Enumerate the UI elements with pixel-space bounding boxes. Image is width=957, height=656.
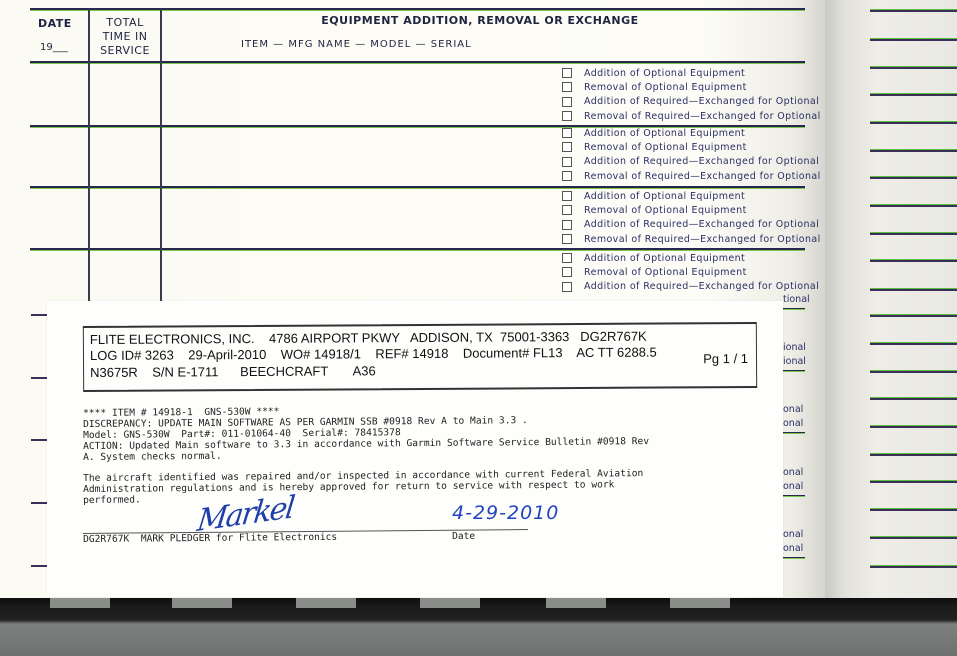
row-rule-fragment	[783, 370, 805, 372]
row-rule-fragment	[31, 439, 47, 441]
checkbox[interactable]	[562, 128, 572, 138]
checkbox[interactable]	[562, 191, 572, 201]
row-rule-fragment	[31, 314, 47, 316]
option-label: Addition of Required—Exchanged for Optio…	[584, 219, 819, 230]
maintenance-record-slip: FLITE ELECTRONICS, INC. 4786 AIRPORT PKW…	[47, 301, 783, 597]
option-addition-required[interactable]: Addition of Required—Exchanged for Optio…	[562, 280, 812, 294]
scanner-edge-segment	[420, 598, 480, 608]
right-page-rule	[870, 536, 957, 539]
option-label: Addition of Required—Exchanged for Optio…	[584, 96, 819, 107]
option-label: Addition of Optional Equipment	[584, 68, 745, 79]
option-addition-required[interactable]: Addition of Required—Exchanged for Optio…	[562, 218, 812, 232]
checkbox[interactable]	[562, 205, 572, 215]
option-removal-optional[interactable]: Removal of Optional Equipment	[562, 203, 812, 217]
option-label: Removal of Required—Exchanged for Option…	[584, 111, 821, 122]
option-label: Removal of Optional Equipment	[584, 205, 747, 216]
form-header-rule	[30, 61, 805, 64]
checkbox[interactable]	[562, 267, 572, 277]
right-page-rule	[870, 508, 957, 511]
checkbox[interactable]	[562, 171, 572, 181]
option-label: Addition of Required—Exchanged for Optio…	[584, 281, 819, 292]
option-label: Removal of Required—Exchanged for Option…	[584, 171, 821, 182]
column-divider	[160, 9, 162, 303]
handwritten-date: 4-29-2010	[452, 502, 559, 524]
date-caption: Date	[452, 531, 475, 542]
row-rule-fragment	[783, 308, 805, 310]
right-page-rule	[870, 121, 957, 124]
option-group-row-2: Addition of Optional Equipment Removal o…	[562, 126, 812, 183]
option-label: Addition of Optional Equipment	[584, 128, 745, 139]
right-page-rule	[870, 314, 957, 317]
slip-header-box: FLITE ELECTRONICS, INC. 4786 AIRPORT PKW…	[83, 322, 757, 392]
option-label: Removal of Required—Exchanged for Option…	[584, 234, 821, 245]
page-number: Pg 1 / 1	[703, 351, 748, 366]
option-text-fragment: onal	[783, 543, 803, 554]
checkbox[interactable]	[562, 220, 572, 230]
option-removal-optional[interactable]: Removal of Optional Equipment	[562, 140, 812, 154]
checkbox[interactable]	[562, 282, 572, 292]
total-time-column-header: TOTAL TIME IN SERVICE	[90, 16, 160, 58]
option-removal-required[interactable]: Removal of Required—Exchanged for Option…	[562, 169, 812, 183]
option-removal-optional[interactable]: Removal of Optional Equipment	[562, 265, 812, 279]
right-page-rule	[870, 288, 957, 291]
option-text-fragment: ional	[783, 342, 806, 353]
option-addition-optional[interactable]: Addition of Optional Equipment	[562, 66, 812, 80]
option-text-fragment: onal	[783, 481, 803, 492]
right-page-rule	[870, 232, 957, 235]
option-addition-optional[interactable]: Addition of Optional Equipment	[562, 126, 812, 140]
right-page-rule	[870, 565, 957, 568]
right-page-rule	[870, 66, 957, 69]
date-column-header: DATE	[38, 17, 78, 31]
option-removal-required[interactable]: Removal of Required—Exchanged for Option…	[562, 232, 812, 246]
right-page-rule	[870, 453, 957, 456]
option-label: Addition of Required—Exchanged for Optio…	[584, 156, 819, 167]
checkbox[interactable]	[562, 68, 572, 78]
signer-caption: DG2R767K MARK PLEDGER for Flite Electron…	[83, 532, 337, 545]
form-subtitle: ITEM — MFG NAME — MODEL — SERIAL	[241, 39, 472, 50]
checkbox[interactable]	[562, 97, 572, 107]
checkbox[interactable]	[562, 142, 572, 152]
option-removal-required[interactable]: Removal of Required—Exchanged for Option…	[562, 109, 812, 123]
option-label: Addition of Optional Equipment	[584, 191, 745, 202]
scanner-edge-segment	[50, 598, 110, 608]
option-text-fragment: onal	[783, 404, 803, 415]
checkbox[interactable]	[562, 82, 572, 92]
right-page-rule	[870, 176, 957, 179]
right-page-rule	[870, 425, 957, 428]
form-top-rule	[30, 8, 805, 11]
scanner-edge-segment	[670, 598, 730, 608]
option-addition-required[interactable]: Addition of Required—Exchanged for Optio…	[562, 155, 812, 169]
option-text-fragment: onal	[783, 418, 803, 429]
total-time-label-line: SERVICE	[90, 44, 160, 58]
form-title: EQUIPMENT ADDITION, REMOVAL OR EXCHANGE	[300, 14, 660, 28]
option-label: Removal of Optional Equipment	[584, 267, 747, 278]
checkbox[interactable]	[562, 234, 572, 244]
row-rule-fragment	[31, 502, 47, 504]
scanner-edge-segment	[546, 598, 606, 608]
option-text-fragment: onal	[783, 529, 803, 540]
scanner-edge-segment	[296, 598, 356, 608]
checkbox[interactable]	[562, 111, 572, 121]
row-rule-fragment	[783, 557, 805, 559]
option-group-row-1: Addition of Optional Equipment Removal o…	[562, 66, 812, 123]
option-addition-optional[interactable]: Addition of Optional Equipment	[562, 251, 812, 265]
option-addition-optional[interactable]: Addition of Optional Equipment	[562, 189, 812, 203]
year-prefix: 19___	[40, 42, 68, 53]
right-page-rule	[870, 397, 957, 400]
right-page-rule	[870, 38, 957, 41]
option-label: Addition of Optional Equipment	[584, 253, 745, 264]
row-rule-fragment	[31, 565, 47, 567]
scanner-edge-segment	[172, 598, 232, 608]
option-text-fragment: onal	[783, 467, 803, 478]
right-page-rule	[870, 259, 957, 262]
right-page-rule	[870, 480, 957, 483]
option-group-row-3: Addition of Optional Equipment Removal o…	[562, 189, 812, 246]
option-addition-required[interactable]: Addition of Required—Exchanged for Optio…	[562, 95, 812, 109]
right-page-rule	[870, 9, 957, 12]
option-removal-optional[interactable]: Removal of Optional Equipment	[562, 80, 812, 94]
row-rule-fragment	[783, 432, 805, 434]
right-page-rule	[870, 204, 957, 207]
certification-line: performed.	[83, 494, 141, 506]
log-info-line: LOG ID# 3263 29-April-2010 WO# 14918/1 R…	[90, 345, 657, 363]
row-rule-fragment	[31, 377, 47, 379]
right-page-rule	[870, 370, 957, 373]
option-label: Removal of Optional Equipment	[584, 142, 747, 153]
checkbox[interactable]	[562, 157, 572, 167]
option-group-row-4: Addition of Optional Equipment Removal o…	[562, 251, 812, 294]
checkbox[interactable]	[562, 253, 572, 263]
right-page-rule	[870, 93, 957, 96]
total-time-label-line: TOTAL	[90, 16, 160, 30]
option-text-fragment: ional	[783, 356, 806, 367]
option-label: Removal of Optional Equipment	[584, 82, 747, 93]
row-rule-fragment	[783, 495, 805, 497]
total-time-label-line: TIME IN	[90, 30, 160, 44]
right-page-rule	[870, 342, 957, 345]
aircraft-info-line: N3675R S/N E-1711 BEECHCRAFT A36	[90, 363, 376, 380]
right-page-rule	[870, 149, 957, 152]
option-text-fragment: tional	[783, 294, 810, 305]
action-line-continued: A. System checks normal.	[83, 451, 222, 463]
